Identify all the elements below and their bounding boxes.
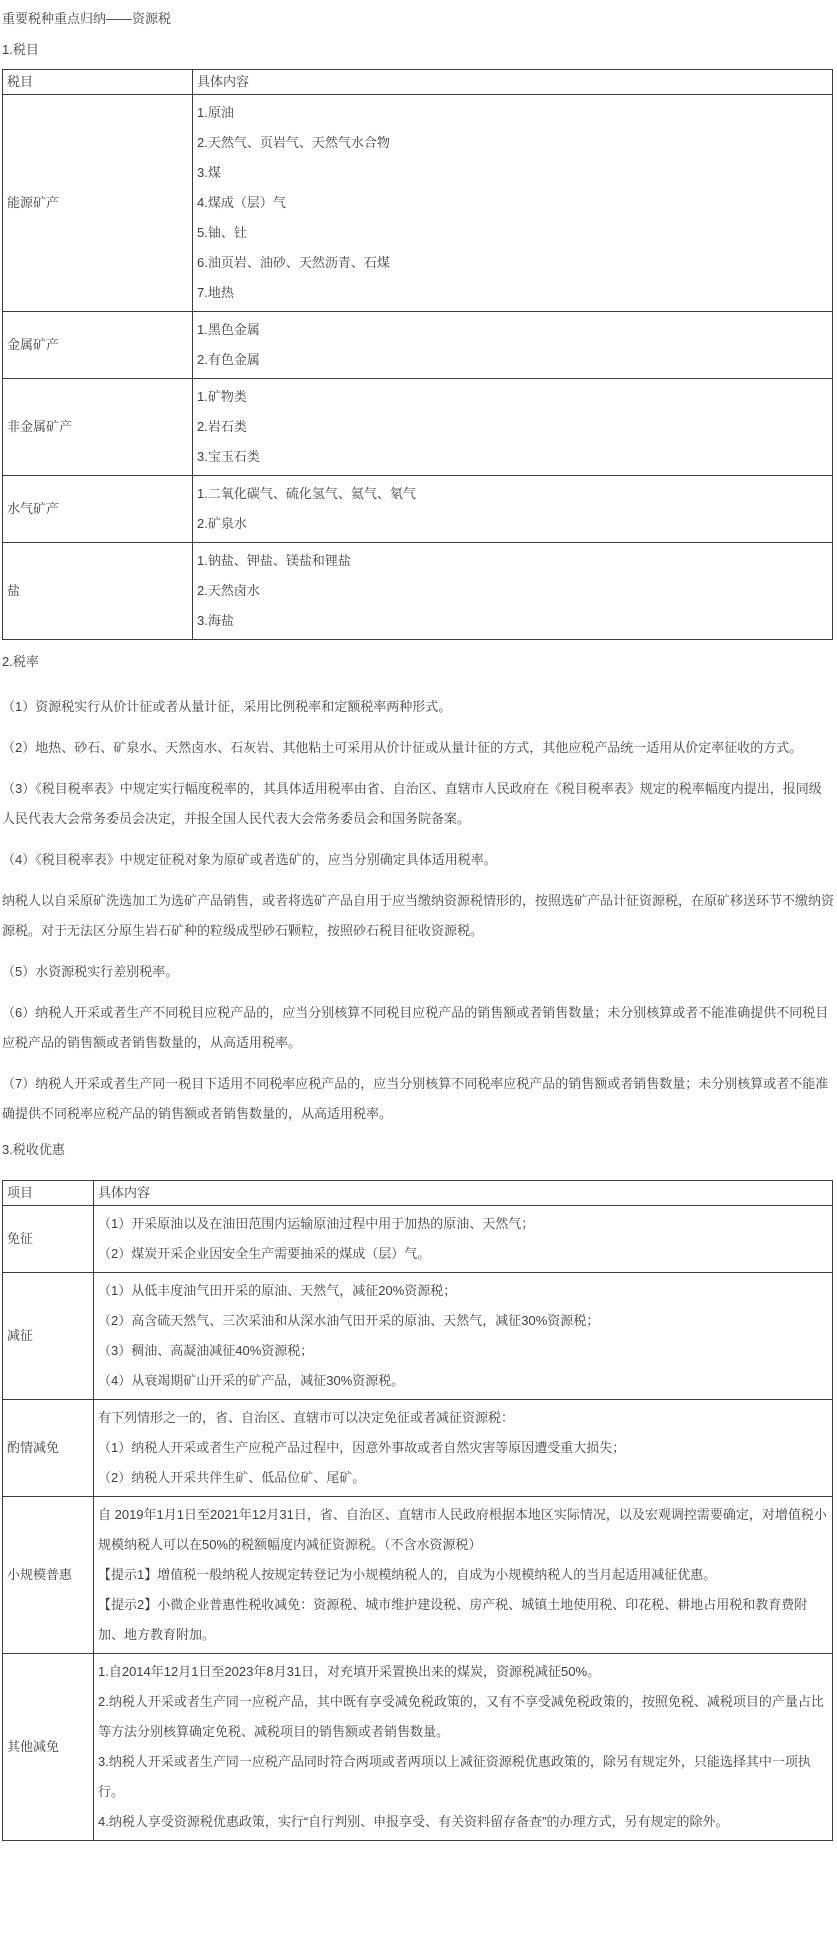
row-label: 能源矿产 [3,95,193,312]
item-line: 2.矿泉水 [197,509,828,539]
paragraph: （3）《税目税率表》中规定实行幅度税率的，其具体适用税率由省、自治区、直辖市人民… [2,774,834,834]
row-content: 1.黑色金属 2.有色金属 [193,312,833,379]
item-line: 有下列情形之一的，省、自治区、直辖市可以决定免征或者减征资源税： [98,1403,828,1433]
paragraph: （7）纳税人开采或者生产同一税目下适用不同税率应税产品的，应当分别核算不同税率应… [2,1069,834,1129]
paragraph: （2）地热、砂石、矿泉水、天然卤水、石灰岩、其他粘土可采用从价计征或从量计征的方… [2,733,834,763]
item-line: （1）从低丰度油气田开采的原油、天然气，减征20%资源税； [98,1276,828,1306]
item-line: 2.岩石类 [197,412,828,442]
row-label: 盐 [3,543,193,640]
table-row: 其他减免 1.自2014年12月1日至2023年8月31日，对充填开采置换出来的… [3,1654,833,1841]
item-line: 【提示1】增值税一般纳税人按规定转登记为小规模纳税人的，自成为小规模纳税人的当月… [98,1560,828,1590]
item-line: 1.钠盐、钾盐、镁盐和锂盐 [197,546,828,576]
section1-heading: 1.税目 [2,40,834,59]
tax-preference-table: 项目 具体内容 免征 （1）开采原油以及在油田范围内运输原油过程中用于加热的原油… [2,1180,833,1841]
paragraph: （5）水资源税实行差别税率。 [2,957,834,987]
item-line: （2）纳税人开采共伴生矿、低品位矿、尾矿。 [98,1463,828,1493]
item-line: 1.二氧化碳气、硫化氢气、氦气、氡气 [197,479,828,509]
row-label: 免征 [3,1206,94,1273]
item-line: 1.原油 [197,98,828,128]
item-line: 【提示2】小微企业普惠性税收减免：资源税、城市维护建设税、房产税、城镇土地使用税… [98,1590,828,1650]
item-line: 1.自2014年12月1日至2023年8月31日，对充填开采置换出来的煤炭，资源… [98,1657,828,1687]
item-line: 4.煤成（层）气 [197,188,828,218]
row-content: （1）从低丰度油气田开采的原油、天然气，减征20%资源税； （2）高含硫天然气、… [94,1273,833,1400]
item-line: （2）煤炭开采企业因安全生产需要抽采的煤成（层）气。 [98,1239,828,1269]
row-content: 有下列情形之一的，省、自治区、直辖市可以决定免征或者减征资源税： （1）纳税人开… [94,1400,833,1497]
item-line: 自 2019年1月1日至2021年12月31日，省、自治区、直辖市人民政府根据本… [98,1500,828,1560]
header-cell-taxitem: 税目 [3,70,193,95]
item-line: 1.黑色金属 [197,315,828,345]
tax-items-table: 税目 具体内容 能源矿产 1.原油 2.天然气、页岩气、天然气水合物 3.煤 4… [2,69,833,640]
paragraph: （6）纳税人开采或者生产不同税目应税产品的，应当分别核算不同税目应税产品的销售额… [2,998,834,1058]
row-content: 1.二氧化碳气、硫化氢气、氦气、氡气 2.矿泉水 [193,476,833,543]
paragraph: 纳税人以自采原矿洗选加工为选矿产品销售，或者将选矿产品自用于应当缴纳资源税情形的… [2,886,834,946]
table-row: 免征 （1）开采原油以及在油田范围内运输原油过程中用于加热的原油、天然气； （2… [3,1206,833,1273]
item-line: （1）纳税人开采或者生产应税产品过程中，因意外事故或者自然灾害等原因遭受重大损失… [98,1433,828,1463]
row-content: （1）开采原油以及在油田范围内运输原油过程中用于加热的原油、天然气； （2）煤炭… [94,1206,833,1273]
paragraph: （4）《税目税率表》中规定征税对象为原矿或者选矿的，应当分别确定具体适用税率。 [2,845,834,875]
item-line: 3.宝玉石类 [197,442,828,472]
table-row: 水气矿产 1.二氧化碳气、硫化氢气、氦气、氡气 2.矿泉水 [3,476,833,543]
table-row: 能源矿产 1.原油 2.天然气、页岩气、天然气水合物 3.煤 4.煤成（层）气 … [3,95,833,312]
table-row: 酌情减免 有下列情形之一的，省、自治区、直辖市可以决定免征或者减征资源税： （1… [3,1400,833,1497]
item-line: 6.油页岩、油砂、天然沥青、石煤 [197,248,828,278]
item-line: 2.纳税人开采或者生产同一应税产品，其中既有享受减免税政策的，又有不享受减免税政… [98,1687,828,1747]
doc-title: 重要税种重点归纳——资源税 [2,9,834,28]
table-row: 小规模普惠 自 2019年1月1日至2021年12月31日，省、自治区、直辖市人… [3,1497,833,1654]
header-cell-content: 具体内容 [94,1181,833,1206]
item-line: （1）开采原油以及在油田范围内运输原油过程中用于加热的原油、天然气； [98,1209,828,1239]
row-label: 小规模普惠 [3,1497,94,1654]
row-label: 其他减免 [3,1654,94,1841]
item-line: 2.天然气、页岩气、天然气水合物 [197,128,828,158]
item-line: 3.海盐 [197,606,828,636]
item-line: 2.有色金属 [197,345,828,375]
row-content: 1.原油 2.天然气、页岩气、天然气水合物 3.煤 4.煤成（层）气 5.铀、钍… [193,95,833,312]
table-row: 非金属矿产 1.矿物类 2.岩石类 3.宝玉石类 [3,379,833,476]
item-line: 7.地热 [197,278,828,308]
table-row: 盐 1.钠盐、钾盐、镁盐和锂盐 2.天然卤水 3.海盐 [3,543,833,640]
item-line: 3.煤 [197,158,828,188]
table-row: 减征 （1）从低丰度油气田开采的原油、天然气，减征20%资源税； （2）高含硫天… [3,1273,833,1400]
table-row: 金属矿产 1.黑色金属 2.有色金属 [3,312,833,379]
item-line: （4）从衰竭期矿山开采的矿产品，减征30%资源税。 [98,1366,828,1396]
row-label: 水气矿产 [3,476,193,543]
header-cell-project: 项目 [3,1181,94,1206]
section3-heading: 3.税收优惠 [2,1140,834,1159]
tax-rate-paragraphs: （1）资源税实行从价计征或者从量计征，采用比例税率和定额税率两种形式。 （2）地… [2,692,834,1129]
row-content: 自 2019年1月1日至2021年12月31日，省、自治区、直辖市人民政府根据本… [94,1497,833,1654]
section2-heading: 2.税率 [2,652,834,671]
row-label: 减征 [3,1273,94,1400]
item-line: 2.天然卤水 [197,576,828,606]
table-header-row: 项目 具体内容 [3,1181,833,1206]
item-line: 1.矿物类 [197,382,828,412]
paragraph: （1）资源税实行从价计征或者从量计征，采用比例税率和定额税率两种形式。 [2,692,834,722]
header-cell-content: 具体内容 [193,70,833,95]
item-line: 4.纳税人享受资源税优惠政策，实行“自行判别、申报享受、有关资料留存备查”的办理… [98,1807,828,1837]
row-content: 1.钠盐、钾盐、镁盐和锂盐 2.天然卤水 3.海盐 [193,543,833,640]
row-label: 金属矿产 [3,312,193,379]
item-line: （2）高含硫天然气、三次采油和从深水油气田开采的原油、天然气，减征30%资源税； [98,1306,828,1336]
row-content: 1.自2014年12月1日至2023年8月31日，对充填开采置换出来的煤炭，资源… [94,1654,833,1841]
document-page: 重要税种重点归纳——资源税 1.税目 税目 具体内容 能源矿产 1.原油 2.天… [0,0,837,1849]
row-label: 酌情减免 [3,1400,94,1497]
item-line: 5.铀、钍 [197,218,828,248]
row-content: 1.矿物类 2.岩石类 3.宝玉石类 [193,379,833,476]
item-line: 3.纳税人开采或者生产同一应税产品同时符合两项或者两项以上减征资源税优惠政策的，… [98,1747,828,1807]
item-line: （3）稠油、高凝油减征40%资源税； [98,1336,828,1366]
row-label: 非金属矿产 [3,379,193,476]
table-header-row: 税目 具体内容 [3,70,833,95]
